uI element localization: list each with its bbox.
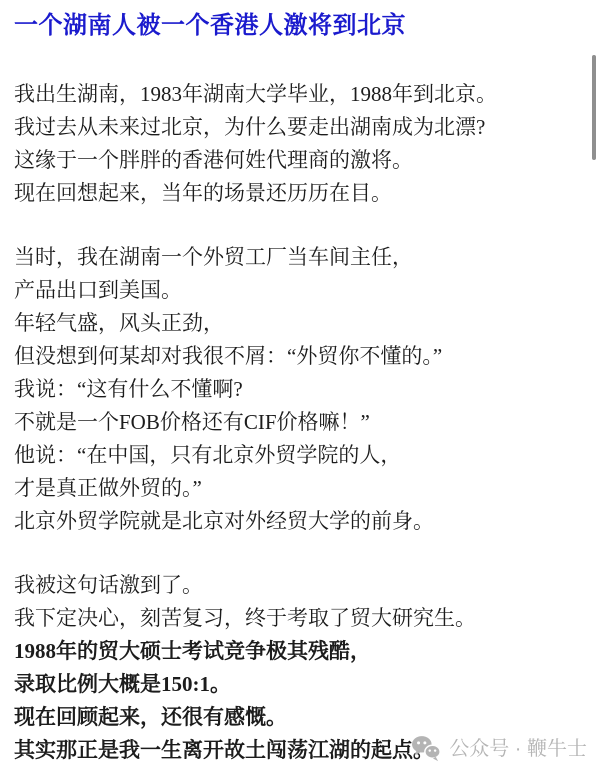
wechat-watermark: 公众号 · 鞭牛士 xyxy=(411,735,587,762)
text-line: 但没想到何某却对我很不屑：“外贸你不懂的。” xyxy=(14,340,586,373)
text-line: 他说：“在中国，只有北京外贸学院的人， xyxy=(14,439,586,472)
text-line: 北京外贸学院就是北京对外经贸大学的前身。 xyxy=(14,505,586,538)
text-line-emphasis: 1988年的贸大硕士考试竞争极其残酷， xyxy=(14,635,586,668)
text-line-emphasis: 录取比例大概是150:1。 xyxy=(14,668,586,701)
text-line: 才是真正做外贸的。” xyxy=(14,472,586,505)
text-line: 我出生湖南，1983年湖南大学毕业，1988年到北京。 xyxy=(14,78,586,111)
text-line: 我被这句话激到了。 xyxy=(14,569,586,602)
text-line: 不就是一个FOB价格还有CIF价格嘛！” xyxy=(14,406,586,439)
text-line: 这缘于一个胖胖的香港何姓代理商的激将。 xyxy=(14,144,586,177)
paragraph-1: 我出生湖南，1983年湖南大学毕业，1988年到北京。 我过去从未来过北京，为什… xyxy=(14,78,586,210)
article-title: 一个湖南人被一个香港人激将到北京 xyxy=(14,10,586,42)
text-line: 产品出口到美国。 xyxy=(14,274,586,307)
text-line: 现在回想起来，当年的场景还历历在目。 xyxy=(14,177,586,210)
text-line: 我下定决心，刻苦复习，终于考取了贸大研究生。 xyxy=(14,602,586,635)
text-line: 我说：“这有什么不懂啊? xyxy=(14,373,586,406)
text-line: 我过去从未来过北京，为什么要走出湖南成为北漂? xyxy=(14,111,586,144)
paragraph-2: 当时，我在湖南一个外贸工厂当车间主任， 产品出口到美国。 年轻气盛，风头正劲， … xyxy=(14,241,586,538)
text-line: 年轻气盛，风头正劲， xyxy=(14,307,586,340)
wechat-icon xyxy=(411,735,441,762)
text-line: 当时，我在湖南一个外贸工厂当车间主任， xyxy=(14,241,586,274)
article-page: 一个湖南人被一个香港人激将到北京 我出生湖南，1983年湖南大学毕业，1988年… xyxy=(0,0,600,775)
watermark-text: 公众号 · 鞭牛士 xyxy=(449,736,587,762)
text-line-emphasis: 现在回顾起来，还很有感慨。 xyxy=(14,701,586,734)
scrollbar-thumb[interactable] xyxy=(592,55,596,160)
